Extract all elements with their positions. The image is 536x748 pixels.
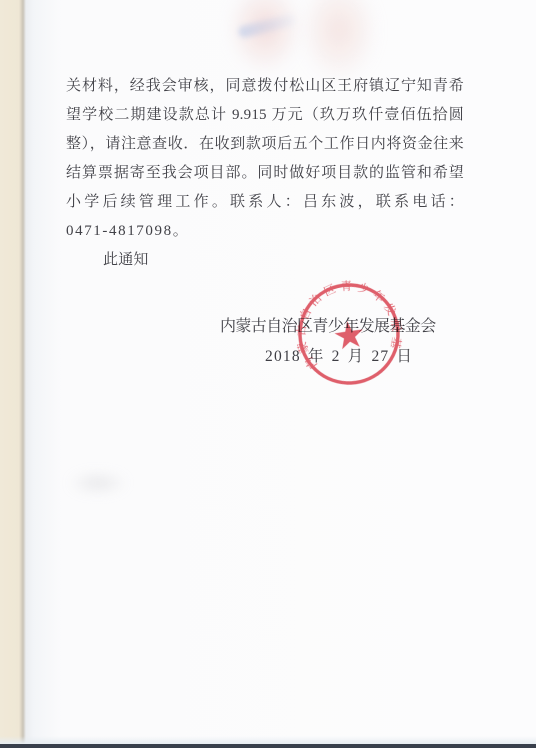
body-line: 整），请注意查收．在收到款项后五个工作日内将资金往来 [66, 130, 464, 159]
official-seal: 内蒙古自治区青少年发展基金会 [281, 266, 417, 402]
body-line: 望学校二期建设款总计 9.915 万元（玖万玖仟壹佰伍拾圆 [66, 101, 464, 130]
scan-smudge [228, 0, 302, 74]
scan-smudge-streak [237, 13, 296, 39]
closing-phrase: 此通知 [66, 246, 464, 275]
scan-smudge [300, 0, 378, 82]
star-icon [333, 319, 365, 350]
body-line: 结算票据寄至我会项目部。同时做好项目款的监管和希望 [66, 159, 464, 188]
scan-smudge [68, 472, 128, 494]
scanned-letter-page: 关材料，经我会审核，同意拨付松山区王府镇辽宁知青希 望学校二期建设款总计 9.9… [0, 0, 536, 748]
scan-border-bottom [0, 744, 536, 748]
scan-bottom-fade [0, 736, 536, 744]
body-line: 关材料，经我会审核，同意拨付松山区王府镇辽宁知青希 [66, 72, 464, 101]
contact-phone-line: 0471-4817098。 [66, 217, 464, 246]
body-line: 小学后续管理工作。联系人：吕东波，联系电话： [66, 188, 464, 217]
letter-body: 关材料，经我会审核，同意拨付松山区王府镇辽宁知青希 望学校二期建设款总计 9.9… [66, 72, 464, 275]
